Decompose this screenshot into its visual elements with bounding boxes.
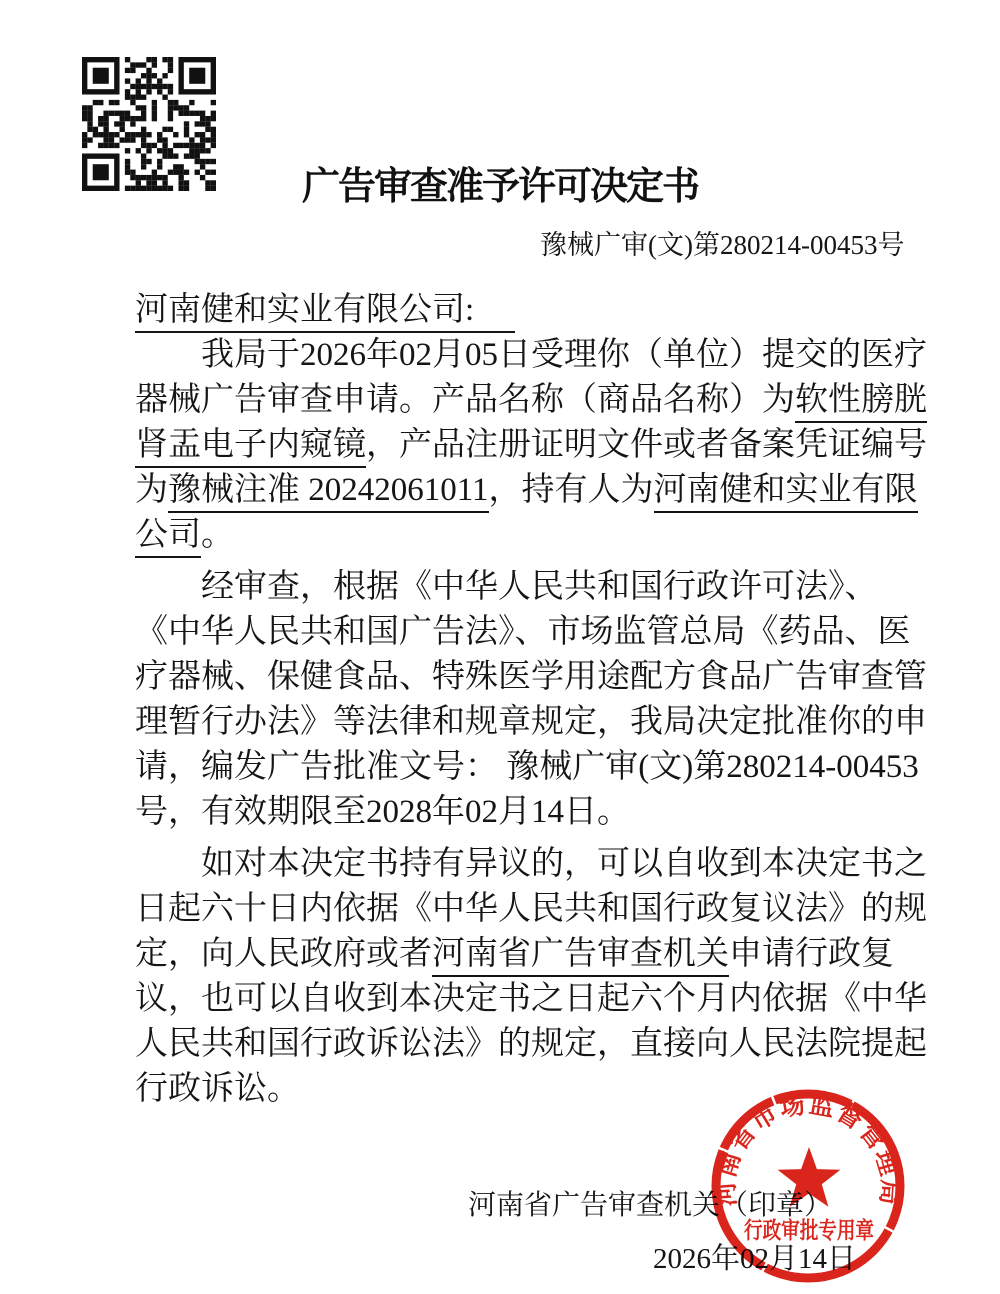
body-line: 号，有效期限至2028年02月14日。 xyxy=(135,790,935,835)
document-title: 广告审查准予许可决定书 xyxy=(0,155,1000,210)
underlined-text: 河南健和实业有限 xyxy=(654,472,918,513)
body-line: 如对本决定书持有异议的，可以自收到本决定书之 xyxy=(135,842,935,887)
body-line: 器械广告审查申请。产品名称（商品名称）为软性膀胱 xyxy=(135,378,935,423)
underlined-text: 河南省广告审查机关 xyxy=(432,936,729,977)
body-line: 定，向人民政府或者河南省广告审查机关申请行政复 xyxy=(135,932,935,977)
text-segment: 日起六十日内依据《中华人民共和国行政复议法》的规 xyxy=(135,891,927,927)
text-segment: 为 xyxy=(135,472,168,508)
text-segment: 议，也可以自收到本决定书之日起六个月内依据《中华 xyxy=(135,981,927,1017)
body-line: 公司。 xyxy=(135,513,935,558)
underlined-text: 公司 xyxy=(135,517,201,558)
body-line: 肾盂电子内窥镜，产品注册证明文件或者备案凭证编号 xyxy=(135,423,935,468)
text-segment: 。 xyxy=(201,517,234,553)
text-segment: ，持有人为 xyxy=(489,472,654,508)
text-segment: 如对本决定书持有异议的，可以自收到本决定书之 xyxy=(201,846,927,882)
document-page: 广告审查准予许可决定书 豫械广审(文)第280214-00453号 河南健和实业… xyxy=(0,0,1000,1294)
body-line: 日起六十日内依据《中华人民共和国行政复议法》的规 xyxy=(135,887,935,932)
body-line: 请，编发广告批准文号： 豫械广审(文)第280214-00453 xyxy=(135,745,935,790)
text-segment: 《中华人民共和国广告法》、市场监管总局《药品、医 xyxy=(135,614,911,650)
document-number: 豫械广审(文)第280214-00453号 xyxy=(540,223,904,262)
body-line: 议，也可以自收到本决定书之日起六个月内依据《中华 xyxy=(135,977,935,1022)
text-segment: 经审查，根据《中华人民共和国行政许可法》、 xyxy=(201,569,878,605)
body-line: 经审查，根据《中华人民共和国行政许可法》、 xyxy=(135,565,935,610)
body-line: 理暂行办法》等法律和规章规定，我局决定批准你的申 xyxy=(135,700,935,745)
seal-star xyxy=(778,1147,841,1207)
text-segment: 人民共和国行政诉讼法》的规定，直接向人民法院提起 xyxy=(135,1026,927,1062)
text-segment: ，产品注册证明文件或者备案凭证编号 xyxy=(366,427,927,463)
body-line: 河南健和实业有限公司: xyxy=(135,288,935,333)
text-segment: 行政诉讼。 xyxy=(135,1071,300,1107)
text-segment: 器械广告审查申请。产品名称（商品名称）为 xyxy=(135,382,795,418)
body-line: 疗器械、保健食品、特殊医学用途配方食品广告审查管 xyxy=(135,655,935,700)
underlined-text: 河南健和实业有限公司: xyxy=(135,292,515,333)
underlined-text: 肾盂电子内窥镜 xyxy=(135,427,366,468)
text-segment: 疗器械、保健食品、特殊医学用途配方食品广告审查管 xyxy=(135,659,927,695)
text-segment: 请，编发广告批准文号： 豫械广审(文)第280214-00453 xyxy=(135,749,919,785)
body-line: 为豫械注准 20242061011，持有人为河南健和实业有限 xyxy=(135,468,935,513)
seal-bottom-text: 行政审批专用章 xyxy=(744,1217,874,1243)
text-segment: 定，向人民政府或者 xyxy=(135,936,432,972)
body-line: 我局于2026年02月05日受理你（单位）提交的医疗 xyxy=(135,333,935,378)
text-segment: 理暂行办法》等法律和规章规定，我局决定批准你的申 xyxy=(135,704,927,740)
body-line: 人民共和国行政诉讼法》的规定，直接向人民法院提起 xyxy=(135,1022,935,1067)
text-segment: 我局于2026年02月05日受理你（单位）提交的医疗 xyxy=(201,337,927,373)
underlined-text: 豫械注准 20242061011 xyxy=(168,472,489,513)
underlined-text: 软性膀胱 xyxy=(795,382,927,423)
text-segment: 申请行政复 xyxy=(729,936,894,972)
body-line: 《中华人民共和国广告法》、市场监管总局《药品、医 xyxy=(135,610,935,655)
document-body: 河南健和实业有限公司: 我局于2026年02月05日受理你（单位）提交的医疗器械… xyxy=(135,288,935,1112)
official-seal: 河南省市场监督管理局 行政审批专用章 xyxy=(698,1076,918,1294)
text-segment: 号，有效期限至2028年02月14日。 xyxy=(135,794,630,830)
